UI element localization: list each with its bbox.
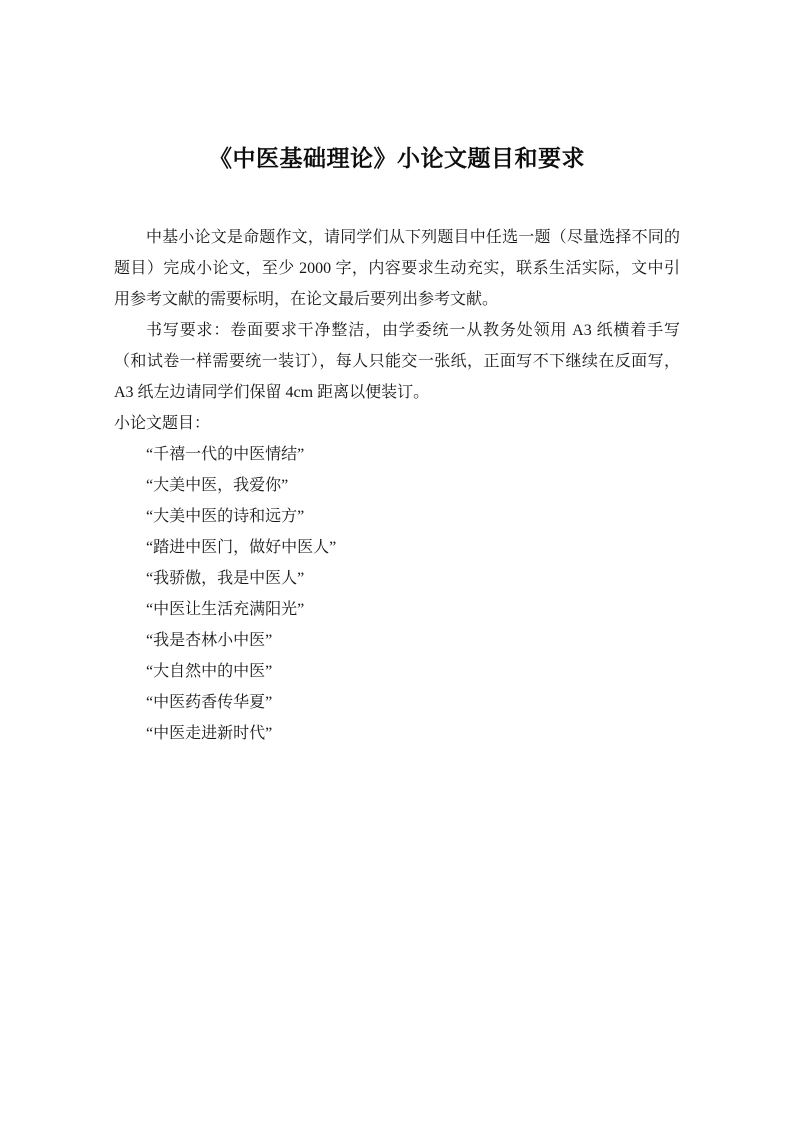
topic-item: “中医走进新时代”: [114, 718, 680, 749]
paragraph-assignment-intro: 中基小论文是命题作文，请同学们从下列题目中任选一题（尽量选择不同的题目）完成小论…: [114, 222, 680, 315]
topics-list: “千禧一代的中医情结” “大美中医，我爱你” “大美中医的诗和远方” “踏进中医…: [114, 439, 680, 749]
topic-item: “踏进中医门，做好中医人”: [114, 532, 680, 563]
topic-item: “大美中医的诗和远方”: [114, 501, 680, 532]
document-title: 《中医基础理论》小论文题目和要求: [114, 143, 680, 173]
topic-item: “中医让生活充满阳光”: [114, 594, 680, 625]
topic-item: “我是杏林小中医”: [114, 625, 680, 656]
topic-item: “千禧一代的中医情结”: [114, 439, 680, 470]
topic-item: “中医药香传华夏”: [114, 687, 680, 718]
topic-item: “大自然中的中医”: [114, 656, 680, 687]
document-page: 《中医基础理论》小论文题目和要求 中基小论文是命题作文，请同学们从下列题目中任选…: [0, 0, 794, 1123]
topics-heading: 小论文题目：: [114, 408, 680, 439]
topic-item: “大美中医，我爱你”: [114, 470, 680, 501]
topic-item: “我骄傲，我是中医人”: [114, 563, 680, 594]
paragraph-writing-requirements: 书写要求：卷面要求干净整洁，由学委统一从教务处领用 A3 纸横着手写（和试卷一样…: [114, 315, 680, 408]
